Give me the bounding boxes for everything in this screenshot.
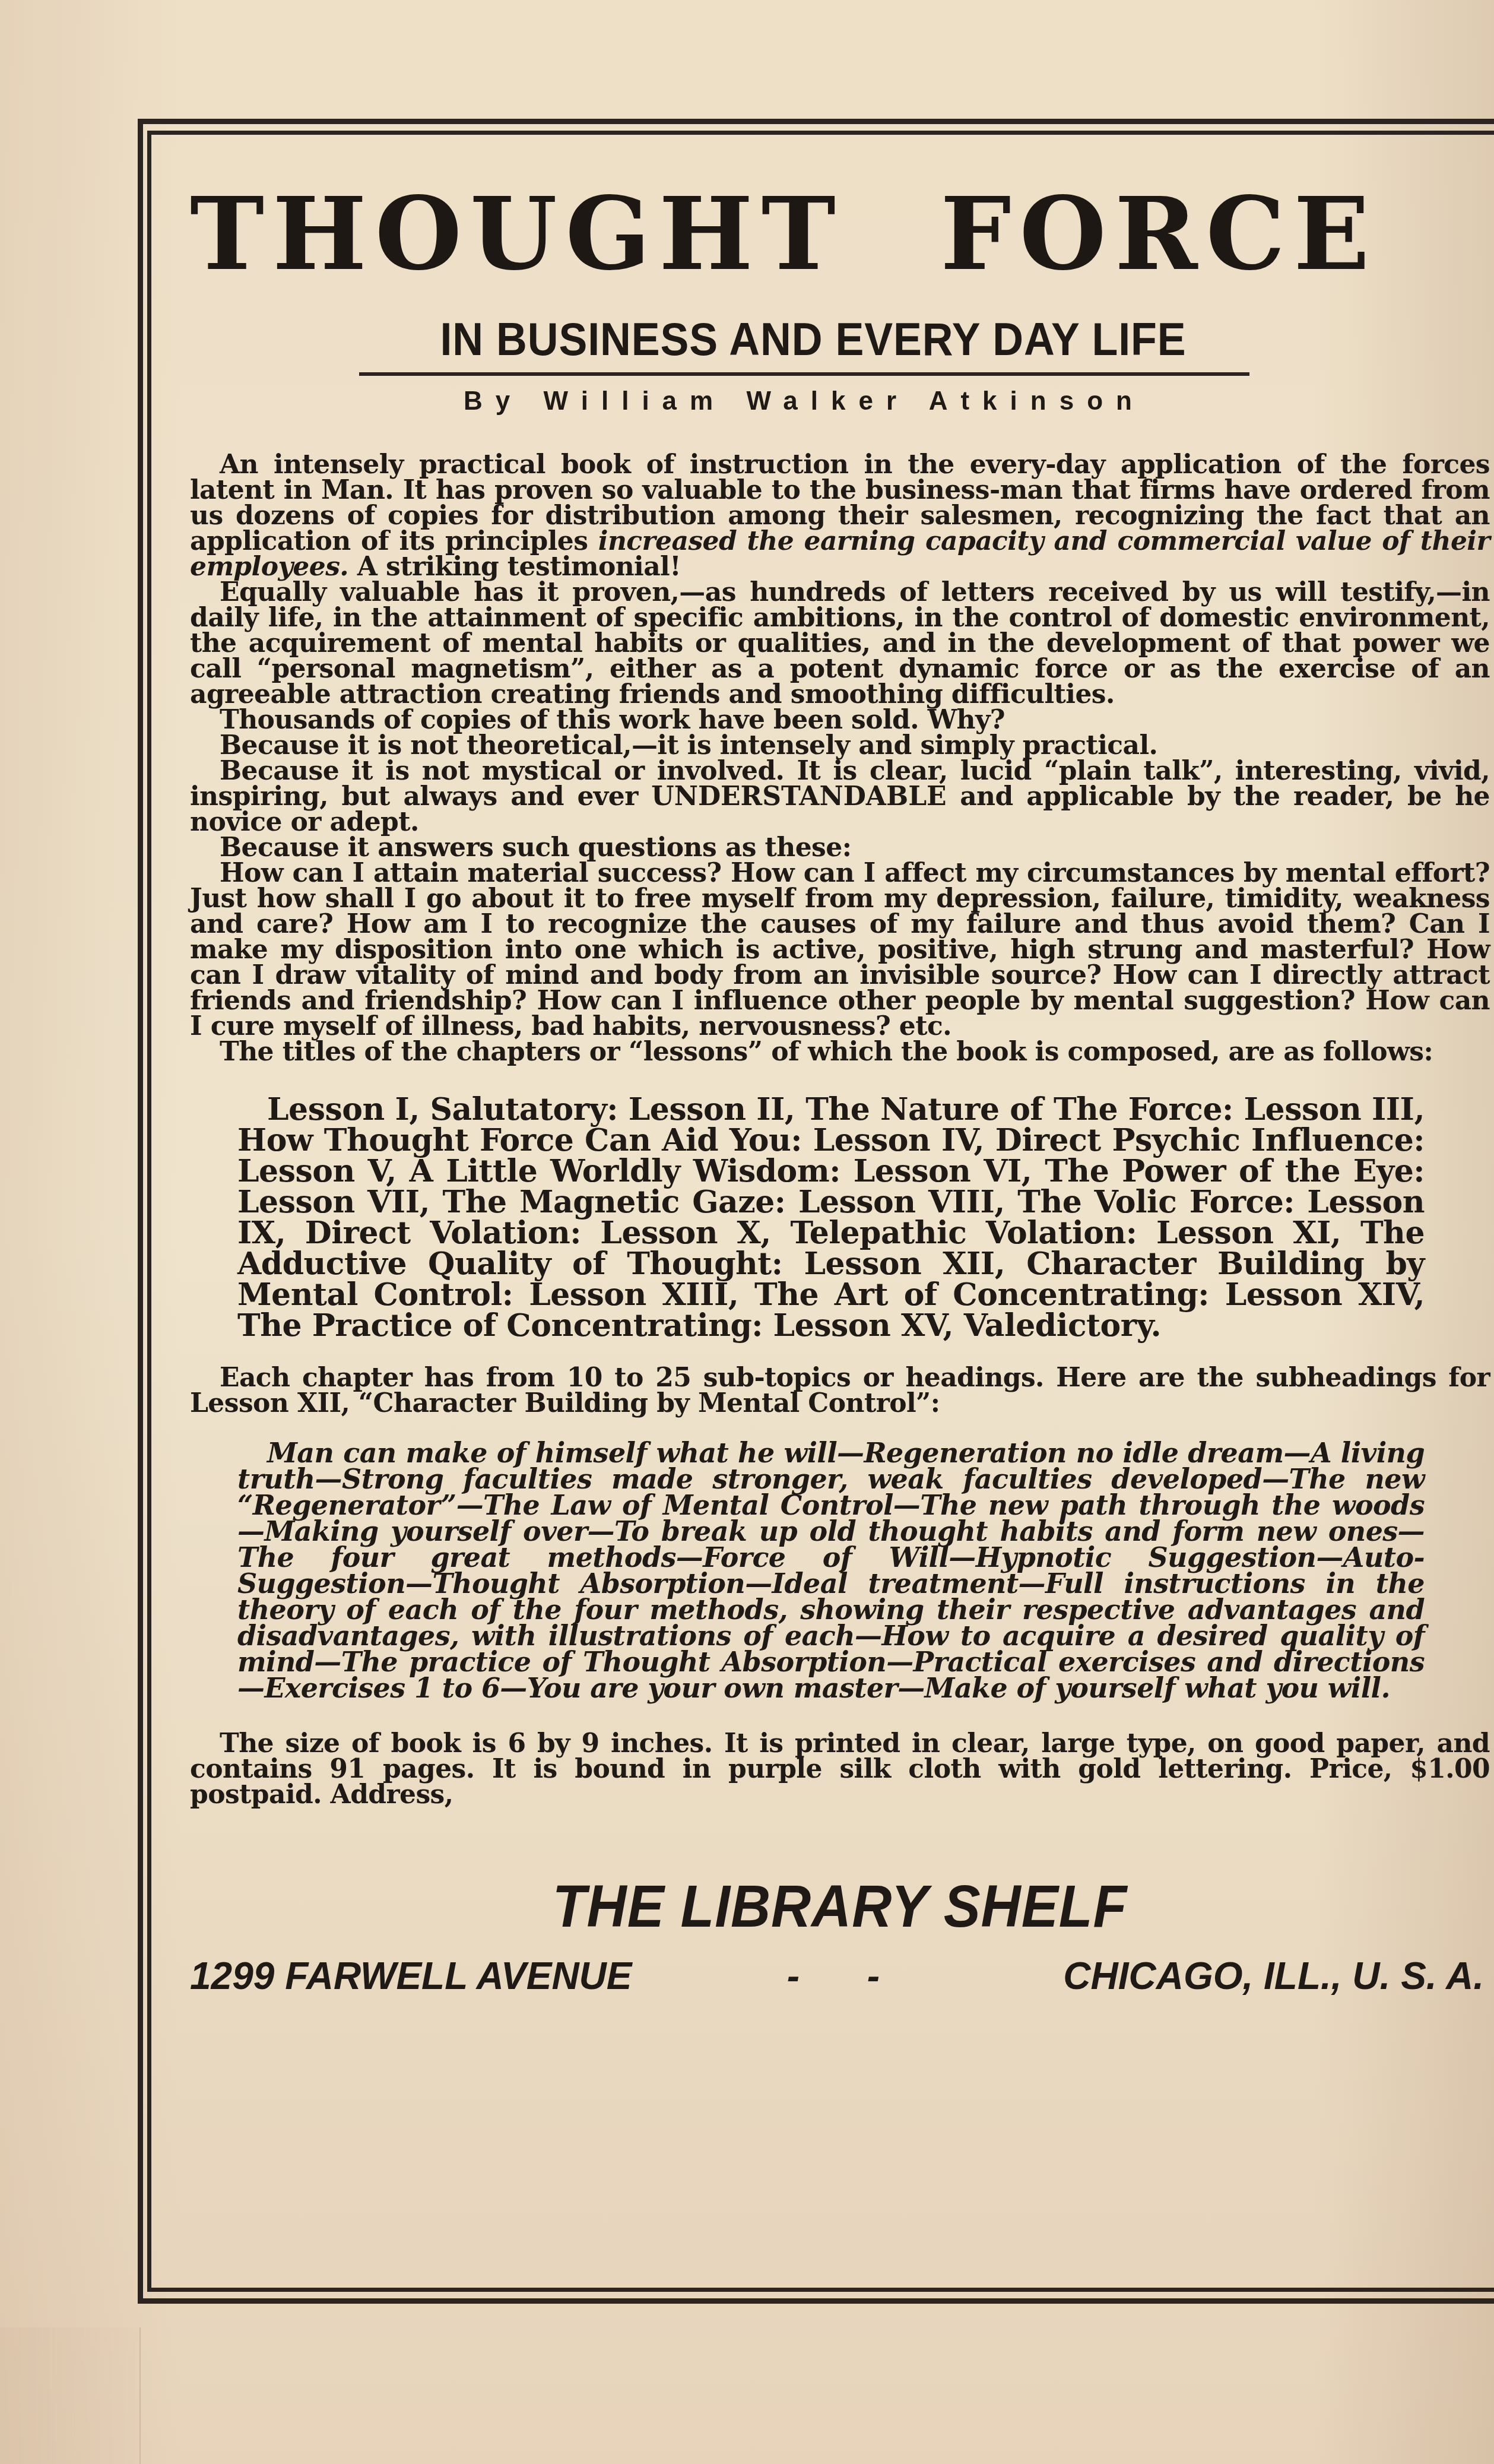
value-paragraph: Equally valuable has it proven,—as hundr… [190,579,1490,707]
reason-clear: Because it is not mystical or involved. … [190,758,1490,835]
address-separator: - - [787,1954,908,1998]
lesson-list: Lesson I, Salutatory: Lesson II, The Nat… [237,1094,1425,1341]
publisher-address: 1299 FARWELL AVENUE - - CHICAGO, ILL., U… [190,1954,1490,1998]
subheadings-intro: Each chapter has from 10 to 25 sub-topic… [190,1365,1490,1416]
book-details: The size of book is 6 by 9 inches. It is… [190,1731,1490,1807]
chapters-intro: The titles of the chapters or “lessons” … [190,1039,1490,1065]
questions-paragraph: How can I attain material success? How c… [190,860,1490,1039]
book-subtitle: IN BUSINESS AND EVERY DAY LIFE [240,312,1387,366]
subheadings-intro-block: Each chapter has from 10 to 25 sub-topic… [190,1365,1490,1416]
book-title: THOUGHT FORCE [190,184,1490,284]
intro-paragraph: An intensely practical book of instructi… [190,452,1490,579]
closing-block: The size of book is 6 by 9 inches. It is… [190,1731,1490,1807]
lesson-item: Lesson XV, Valedictory. [773,1307,1161,1344]
reason-practical: Because it is not theoretical,—it is int… [190,733,1490,758]
reason-answers: Because it answers such questions as the… [190,835,1490,860]
author-byline: By William Walker Atkinson [119,387,1490,416]
title-divider [359,372,1249,376]
publisher-name: THE LIBRARY SHELF [236,1873,1445,1941]
lesson-xii-subheadings: Man can make of himself what he will—Reg… [237,1440,1425,1701]
copies-sold-line: Thousands of copies of this work have be… [190,707,1490,733]
advertisement: THOUGHT FORCE IN BUSINESS AND EVERY DAY … [190,131,1490,1998]
understandable-caps: UNDERSTANDABLE [651,781,946,812]
street-address: 1299 FARWELL AVENUE [190,1954,632,1998]
title-rule-wrap [190,366,1490,376]
description-body: An intensely practical book of instructi… [190,452,1490,1065]
city-address: CHICAGO, ILL., U. S. A. [1063,1954,1484,1998]
page-fold-shadow [0,2327,141,2464]
